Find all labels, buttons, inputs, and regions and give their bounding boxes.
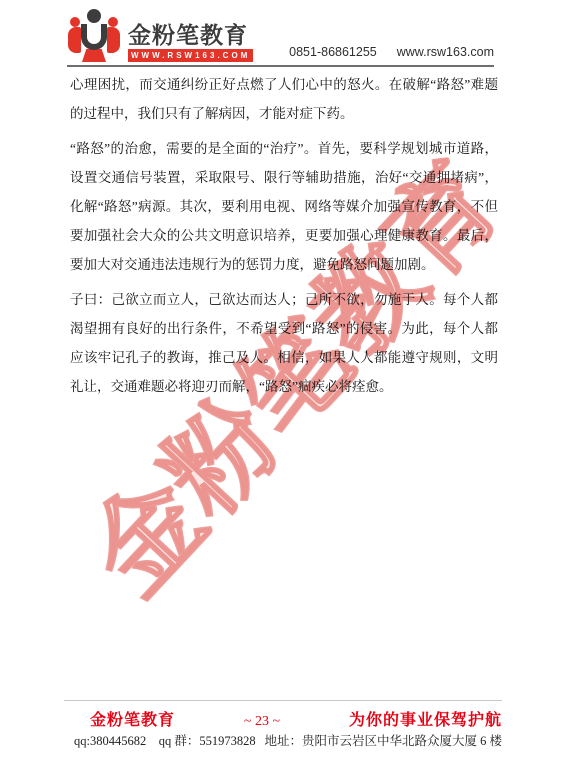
logo-dot-right — [108, 17, 118, 27]
logo-wing-left — [68, 27, 81, 53]
footer-main-row: 金粉笔教育 ~ 23 ~ 为你的事业保驾护航 — [64, 707, 502, 730]
footer-slogan: 为你的事业保驾护航 — [349, 707, 502, 730]
logo-wing-right — [107, 27, 120, 53]
logo-skirt — [82, 49, 106, 62]
brand-site-banner: WWW.RSW163.COM — [128, 49, 253, 62]
logo-dot-left — [70, 17, 80, 27]
document-body: 心理困扰，而交通纠纷正好点燃了人们心中的怒火。在破解“路怒”难题的过程中，我们只… — [70, 70, 498, 407]
paragraph: “路怒”的治愈，需要的是全面的“治疗”。首先，要科学规划城市道路，设置交通信号装… — [70, 134, 498, 279]
logo-text-block: 金粉笔教育 WWW.RSW163.COM — [128, 23, 253, 62]
footer-divider — [64, 700, 502, 701]
document-page: 金粉笔教育 金粉笔教育 WWW.RSW163.COM 0851-86861255… — [0, 0, 566, 762]
header-divider — [67, 65, 494, 67]
footer-brand: 金粉笔教育 — [90, 707, 175, 730]
paragraph: 子曰：己欲立而立人，己欲达而达人；己所不欲，勿施于人。每个人都渴望拥有良好的出行… — [70, 285, 498, 401]
footer-contact-row: qq:380445682 qq 群：551973828 地址：贵阳市云岩区中华北… — [64, 731, 502, 749]
page-number: ~ 23 ~ — [244, 714, 280, 730]
brand-name: 金粉笔教育 — [128, 23, 253, 47]
website-url: www.rsw163.com — [397, 45, 494, 59]
header-contact: 0851-86861255 www.rsw163.com — [289, 45, 494, 62]
logo-u-shape — [81, 24, 107, 50]
header-top-row: 金粉笔教育 WWW.RSW163.COM 0851-86861255 www.r… — [67, 8, 494, 62]
logo-person-head — [87, 9, 101, 23]
footer-address: 地址：贵阳市云岩区中华北路众厦大厦 6 楼 — [264, 731, 502, 749]
phone-number: 0851-86861255 — [289, 45, 377, 59]
brand-logo-icon — [67, 8, 121, 62]
footer-qq-info: qq:380445682 qq 群：551973828 — [74, 731, 256, 749]
page-header: 金粉笔教育 WWW.RSW163.COM 0851-86861255 www.r… — [67, 8, 494, 67]
paragraph: 心理困扰，而交通纠纷正好点燃了人们心中的怒火。在破解“路怒”难题的过程中，我们只… — [70, 70, 498, 128]
